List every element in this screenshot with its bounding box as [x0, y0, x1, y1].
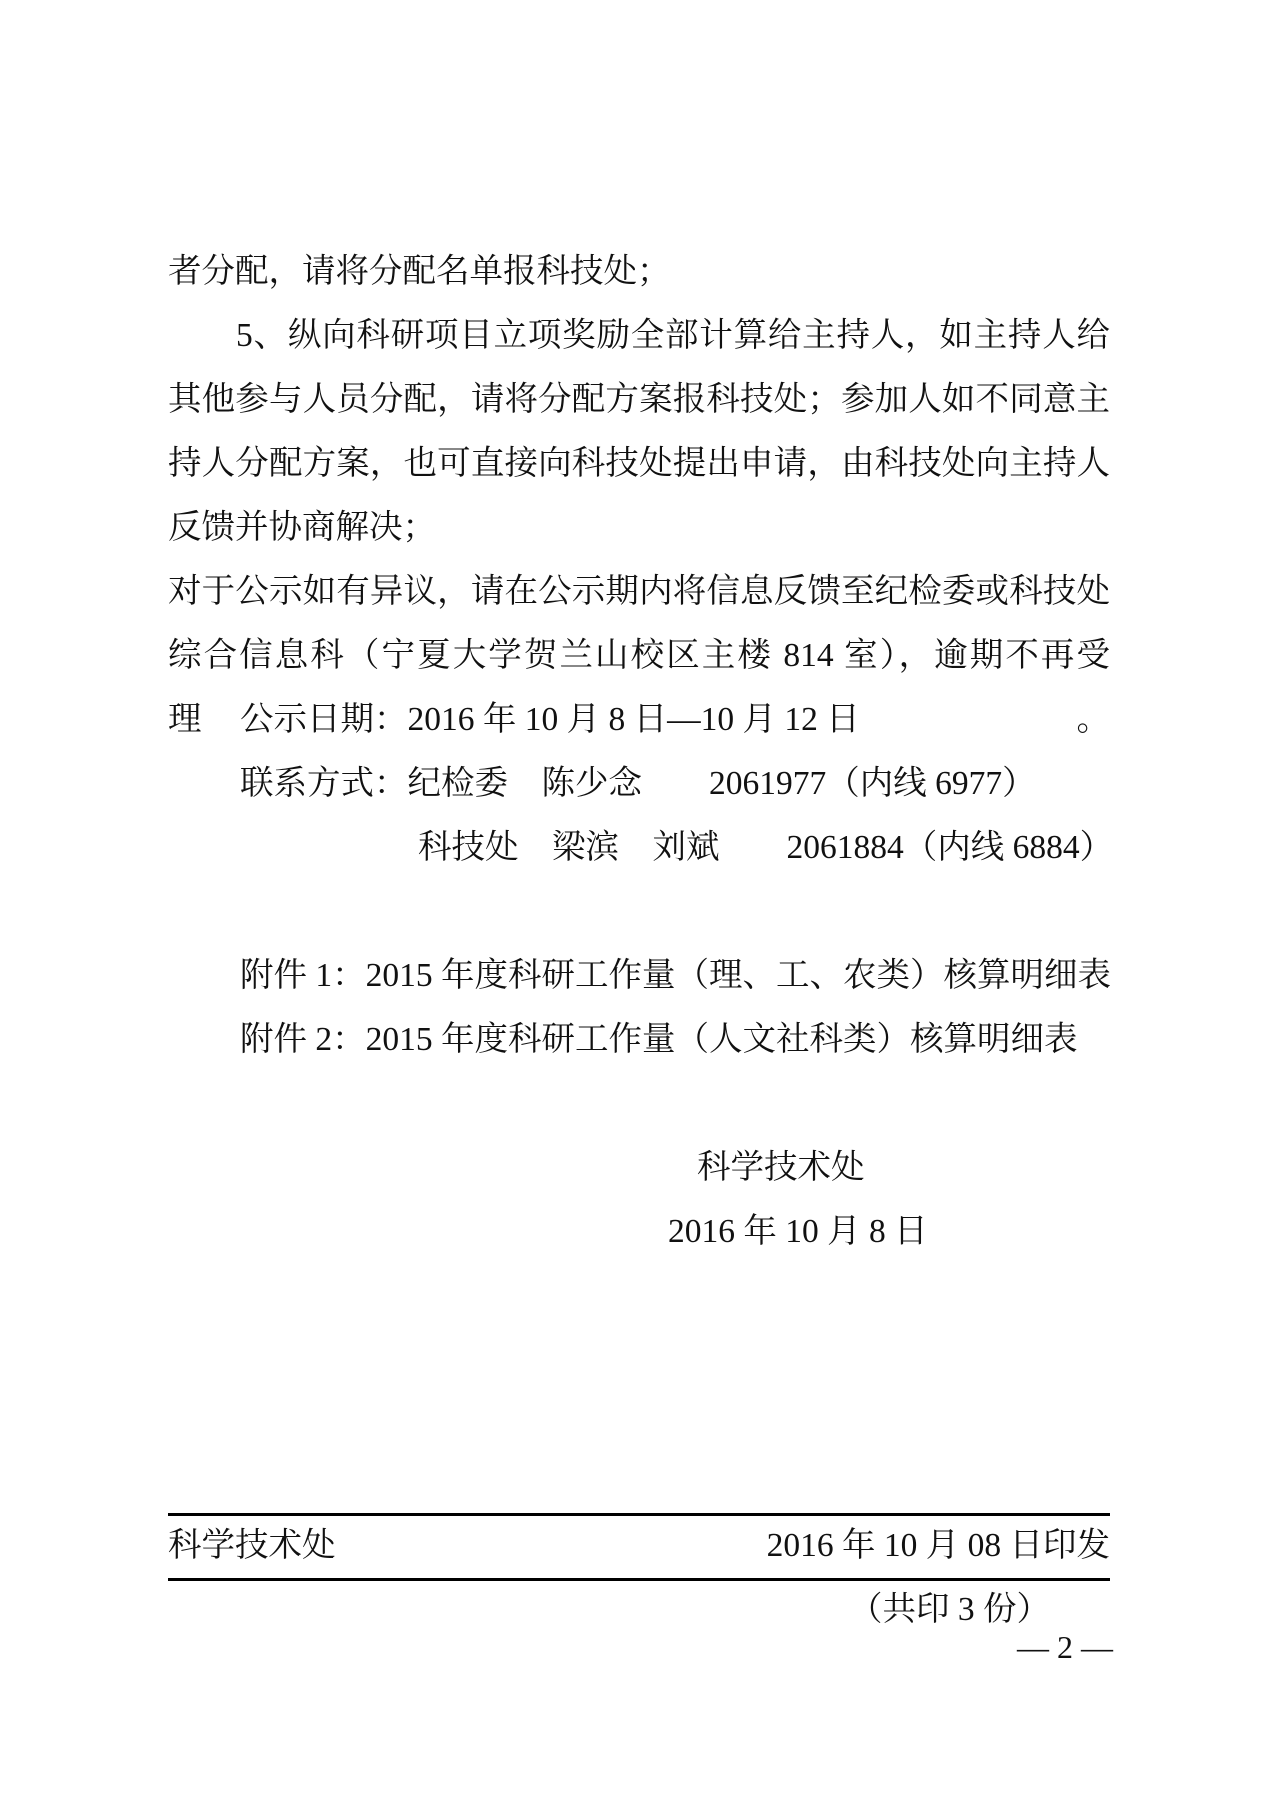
contact-line: 科技处 梁滨 刘斌 2061884（内线 6884）	[168, 816, 1110, 880]
signature-date: 2016 年 10 月 8 日	[168, 1200, 1110, 1264]
body-line: 综合信息科（宁夏大学贺兰山校区主楼 814 室），逾期不再受理。	[168, 624, 1110, 688]
attachment-line: 附件 2：2015 年度科研工作量（人文社科类）核算明细表	[168, 1008, 1110, 1072]
document-page: 者分配，请将分配名单报科技处； 5、纵向科研项目立项奖励全部计算给主持人，如主持…	[0, 0, 1270, 1796]
footer-row: 科学技术处 2016 年 10 月 08 日印发	[168, 1514, 1110, 1578]
document-body: 者分配，请将分配名单报科技处； 5、纵向科研项目立项奖励全部计算给主持人，如主持…	[168, 240, 1110, 1264]
body-line: 其他参与人员分配，请将分配方案报科技处；参加人如不同意主	[168, 368, 1110, 432]
body-line: 5、纵向科研项目立项奖励全部计算给主持人，如主持人给	[168, 304, 1110, 368]
page-number: — 2 —	[1017, 1622, 1113, 1672]
footer-issuer: 科学技术处	[168, 1514, 336, 1578]
blank-line	[168, 880, 1110, 944]
blank-line	[168, 1072, 1110, 1136]
body-line: 持人分配方案，也可直接向科技处提出申请，由科技处向主持人	[168, 432, 1110, 496]
contact-line: 联系方式：纪检委 陈少念 2061977（内线 6977）	[168, 752, 1110, 816]
body-line: 者分配，请将分配名单报科技处；	[168, 240, 1110, 304]
footer-print-date: 2016 年 10 月 08 日印发	[767, 1514, 1110, 1578]
signature-department: 科学技术处	[168, 1136, 1110, 1200]
body-line: 对于公示如有异议，请在公示期内将信息反馈至纪检委或科技处	[168, 560, 1110, 624]
attachment-line: 附件 1：2015 年度科研工作量（理、工、农类）核算明细表	[168, 944, 1110, 1008]
body-line: 反馈并协商解决；	[168, 496, 1110, 560]
